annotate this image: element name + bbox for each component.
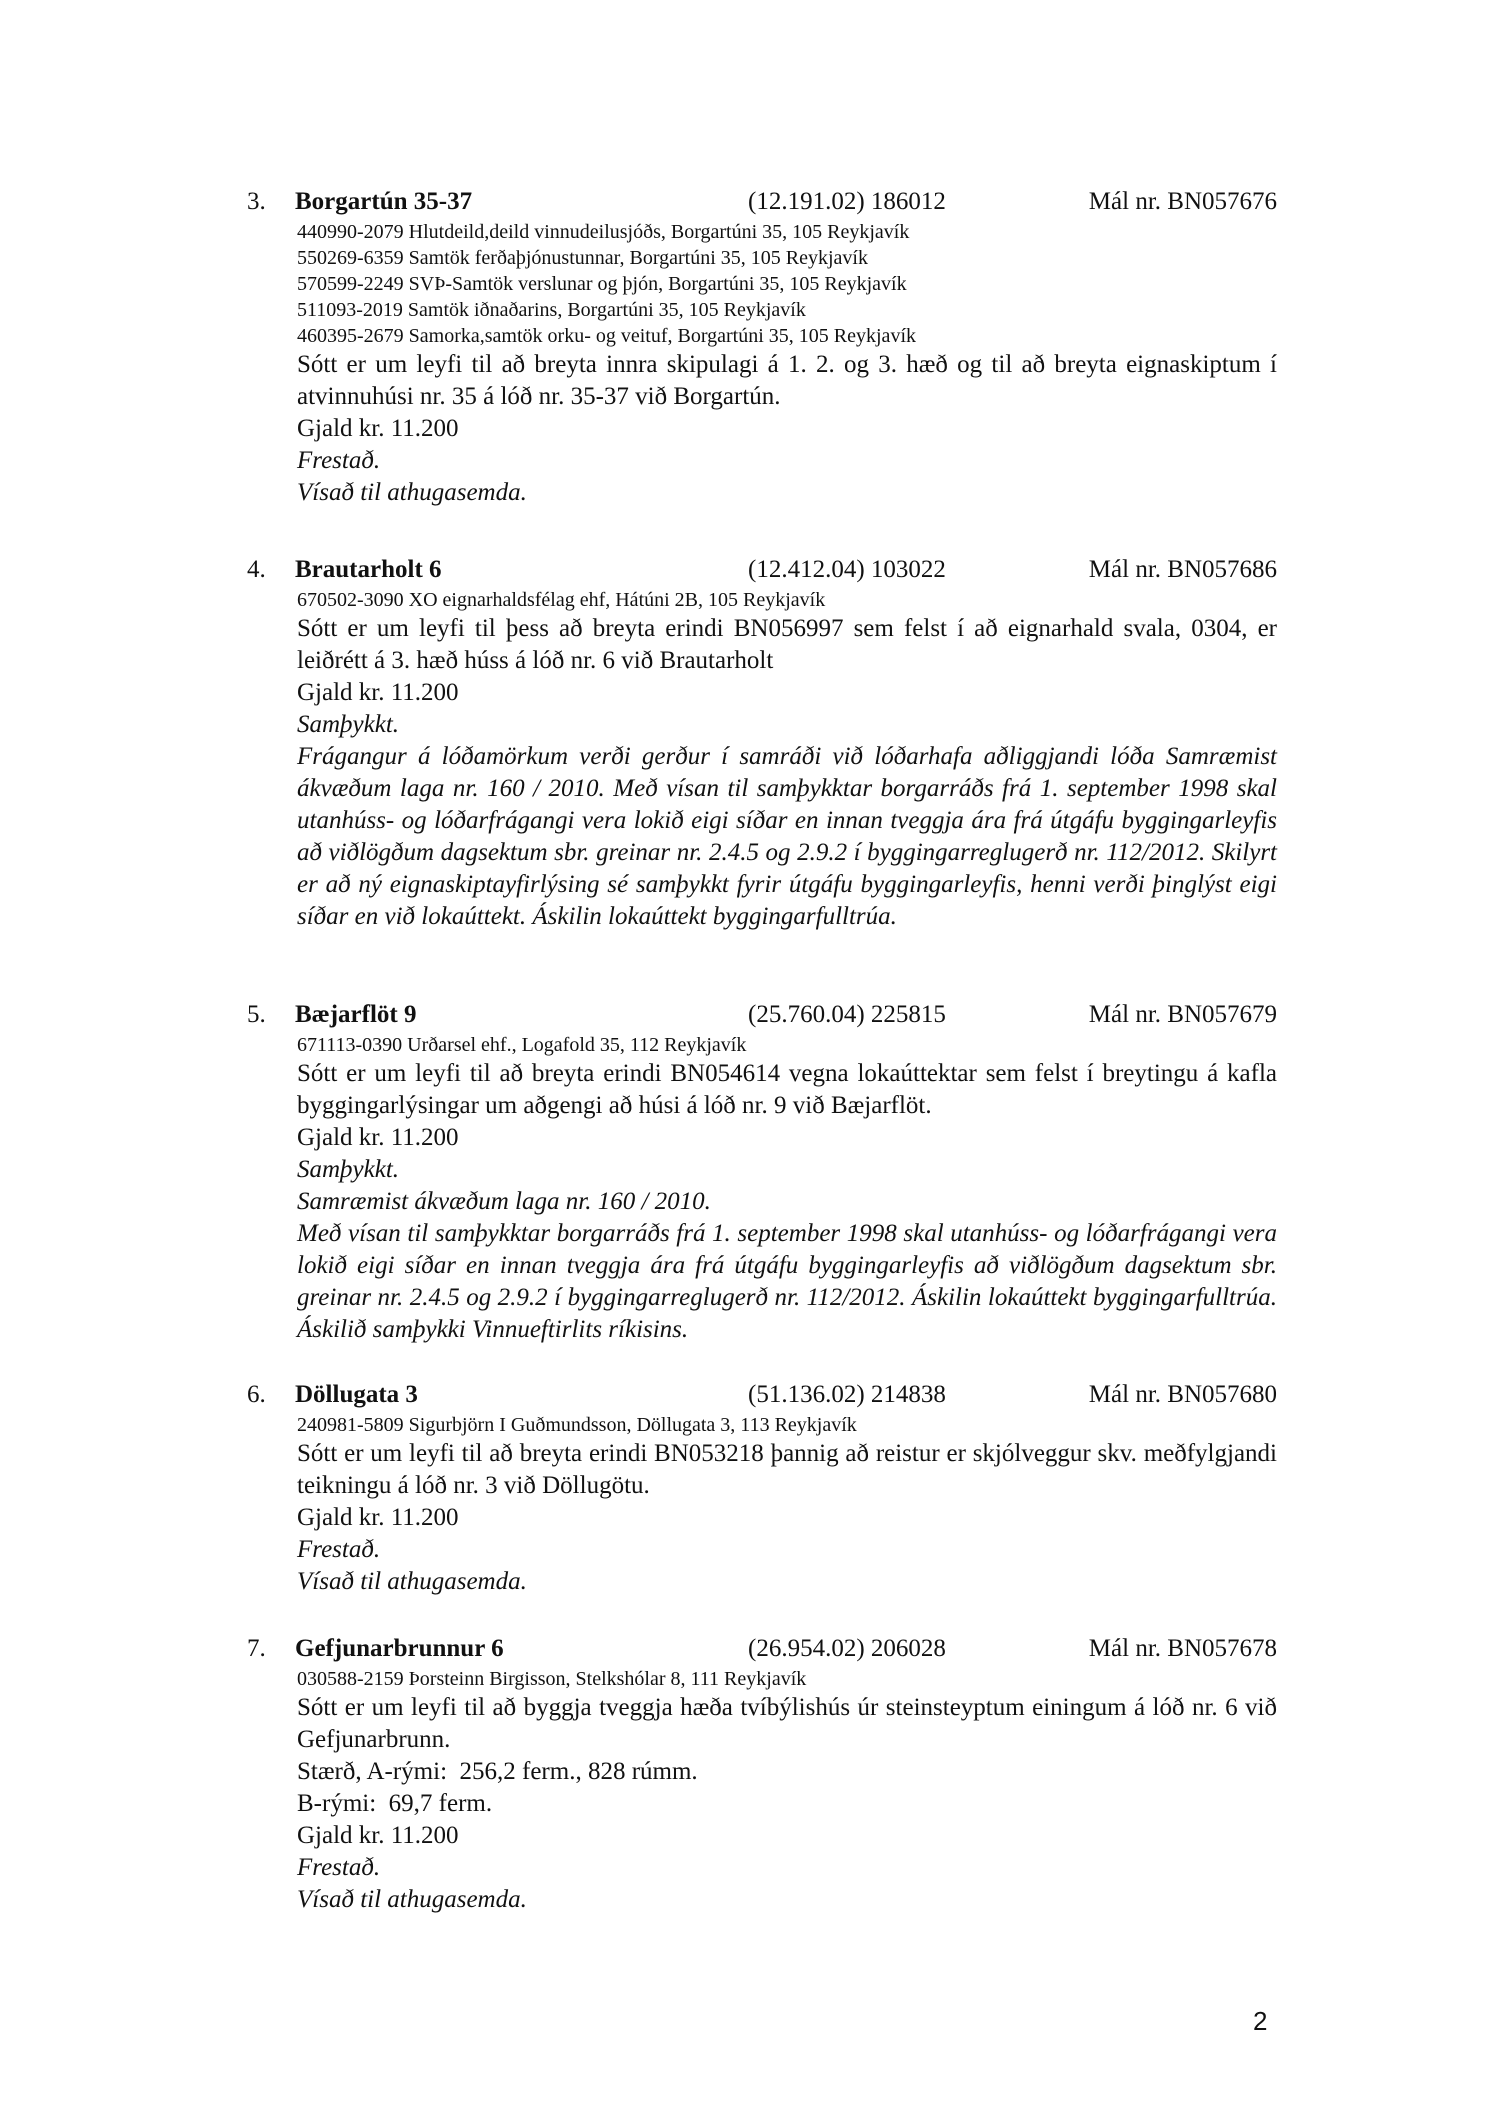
item-number: 5. [247, 998, 266, 1032]
application-description: Sótt er um leyfi til að breyta erindi BN… [297, 1058, 1277, 1122]
owner-line: 030588-2159 Þorsteinn Birgisson, Stelksh… [297, 1666, 1277, 1692]
case-item-3: 3. Borgartún 35-37 (12.191.02) 186012 Má… [247, 185, 1277, 509]
lot-number: (25.760.04) 225815 [748, 998, 946, 1032]
size-b-space: B-rými: 69,7 ferm. [297, 1788, 1277, 1820]
case-number: Mál nr. BN057679 [1089, 998, 1277, 1032]
owner-line: 670502-3090 XO eignarhaldsfélag ehf, Hát… [297, 587, 1277, 613]
fee: Gjald kr. 11.200 [297, 413, 1277, 445]
notes: Með vísan til samþykktar borgarráðs frá … [297, 1218, 1277, 1346]
owner-line: 240981-5809 Sigurbjörn I Guðmundsson, Dö… [297, 1412, 1277, 1438]
application-description: Sótt er um leyfi til að byggja tveggja h… [297, 1692, 1277, 1756]
notes-law: Samræmist ákvæðum laga nr. 160 / 2010. [297, 1186, 1277, 1218]
case-header: 4. Brautarholt 6 (12.412.04) 103022 Mál … [247, 553, 1277, 587]
property-title: Borgartún 35-37 [295, 185, 472, 219]
owner-line: 511093-2019 Samtök iðnaðarins, Borgartún… [297, 297, 1277, 323]
case-number: Mál nr. BN057676 [1089, 185, 1277, 219]
case-item-7: 7. Gefjunarbrunnur 6 (26.954.02) 206028 … [247, 1632, 1277, 1916]
lot-number: (51.136.02) 214838 [748, 1378, 946, 1412]
application-description: Sótt er um leyfi til að breyta erindi BN… [297, 1438, 1277, 1502]
lot-number: (26.954.02) 206028 [748, 1632, 946, 1666]
owner-line: 460395-2679 Samorka,samtök orku- og veit… [297, 323, 1277, 349]
document-page: 3. Borgartún 35-37 (12.191.02) 186012 Má… [0, 0, 1500, 2122]
decision: Frestað. [297, 1534, 1277, 1566]
notes: Vísað til athugasemda. [297, 1566, 1277, 1598]
lot-number: (12.191.02) 186012 [748, 185, 946, 219]
case-header: 6. Döllugata 3 (51.136.02) 214838 Mál nr… [247, 1378, 1277, 1412]
decision: Samþykkt. [297, 709, 1277, 741]
notes: Vísað til athugasemda. [297, 1884, 1277, 1916]
decision: Samþykkt. [297, 1154, 1277, 1186]
lot-number: (12.412.04) 103022 [748, 553, 946, 587]
item-number: 4. [247, 553, 266, 587]
owner-line: 440990-2079 Hlutdeild,deild vinnudeilusj… [297, 219, 1277, 245]
fee: Gjald kr. 11.200 [297, 1502, 1277, 1534]
fee: Gjald kr. 11.200 [297, 677, 1277, 709]
property-title: Bæjarflöt 9 [295, 998, 417, 1032]
notes: Vísað til athugasemda. [297, 477, 1277, 509]
case-item-6: 6. Döllugata 3 (51.136.02) 214838 Mál nr… [247, 1378, 1277, 1598]
notes: Frágangur á lóðamörkum verði gerður í sa… [297, 741, 1277, 933]
case-item-4: 4. Brautarholt 6 (12.412.04) 103022 Mál … [247, 553, 1277, 933]
case-header: 7. Gefjunarbrunnur 6 (26.954.02) 206028 … [247, 1632, 1277, 1666]
case-number: Mál nr. BN057686 [1089, 553, 1277, 587]
owner-line: 671113-0390 Urðarsel ehf., Logafold 35, … [297, 1032, 1277, 1058]
fee: Gjald kr. 11.200 [297, 1122, 1277, 1154]
case-item-5: 5. Bæjarflöt 9 (25.760.04) 225815 Mál nr… [247, 998, 1277, 1346]
case-header: 3. Borgartún 35-37 (12.191.02) 186012 Má… [247, 185, 1277, 219]
property-title: Brautarholt 6 [295, 553, 442, 587]
page-number: 2 [1253, 2006, 1267, 2037]
application-description: Sótt er um leyfi til að breyta innra ski… [297, 349, 1277, 413]
property-title: Gefjunarbrunnur 6 [295, 1632, 504, 1666]
application-description: Sótt er um leyfi til þess að breyta erin… [297, 613, 1277, 677]
size-a-space: Stærð, A-rými: 256,2 ferm., 828 rúmm. [297, 1756, 1277, 1788]
owner-line: 550269-6359 Samtök ferðaþjónustunnar, Bo… [297, 245, 1277, 271]
item-number: 3. [247, 185, 266, 219]
decision: Frestað. [297, 1852, 1277, 1884]
property-title: Döllugata 3 [295, 1378, 418, 1412]
case-number: Mál nr. BN057680 [1089, 1378, 1277, 1412]
case-number: Mál nr. BN057678 [1089, 1632, 1277, 1666]
owner-line: 570599-2249 SVÞ-Samtök verslunar og þjón… [297, 271, 1277, 297]
item-number: 6. [247, 1378, 266, 1412]
decision: Frestað. [297, 445, 1277, 477]
item-number: 7. [247, 1632, 266, 1666]
case-header: 5. Bæjarflöt 9 (25.760.04) 225815 Mál nr… [247, 998, 1277, 1032]
fee: Gjald kr. 11.200 [297, 1820, 1277, 1852]
